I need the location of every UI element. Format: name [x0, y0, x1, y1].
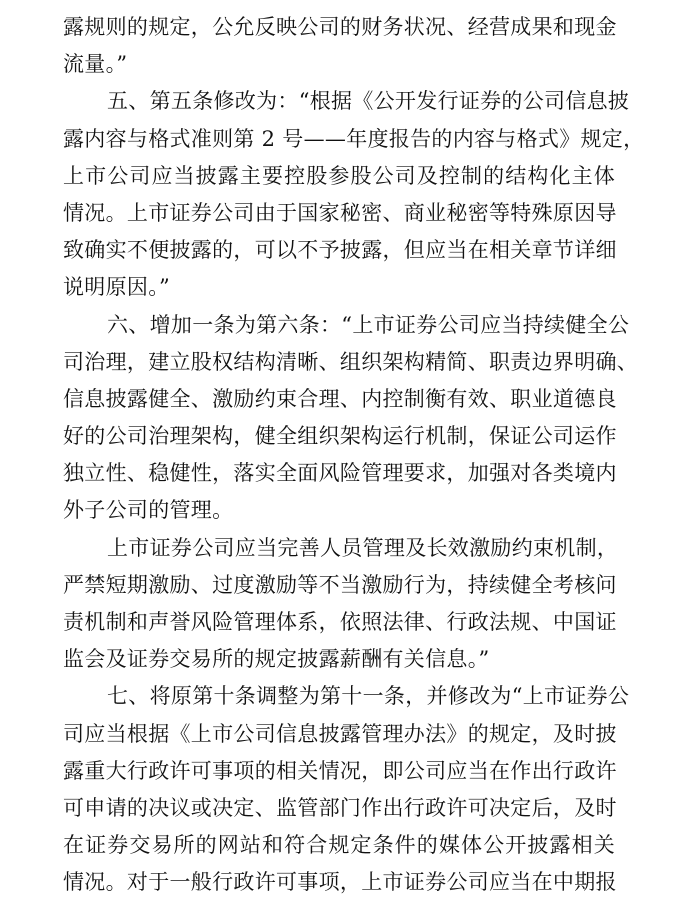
text-line: 上市证券公司应当完善人员管理及长效激励约束机制， — [63, 530, 615, 567]
text-line: 情况。上市证券公司由于国家秘密、商业秘密等特殊原因导 — [63, 195, 615, 232]
text-line: 责机制和声誉风险管理体系，依照法律、行政法规、中国证 — [63, 604, 615, 641]
text-line: 监会及证券交易所的规定披露薪酬有关信息。” — [63, 641, 615, 678]
paragraph-item-5: 五、第五条修改为：“根据《公开发行证券的公司信息披 露内容与格式准则第 2 号—… — [63, 83, 615, 306]
text-line: 信息披露健全、激励约束合理、内控制衡有效、职业道德良 — [63, 381, 615, 418]
paragraph-item-7: 七、将原第十条调整为第十一条，并修改为“上市证券公 司应当根据《上市公司信息披露… — [63, 678, 615, 901]
text-line: 七、将原第十条调整为第十一条，并修改为“上市证券公 — [63, 678, 615, 715]
text-line: 严禁短期激励、过度激励等不当激励行为，持续健全考核问 — [63, 567, 615, 604]
text-line: 五、第五条修改为：“根据《公开发行证券的公司信息披 — [63, 83, 615, 120]
text-line: 司治理，建立股权结构清晰、组织架构精简、职责边界明确、 — [63, 344, 615, 381]
text-line: 致确实不便披露的，可以不予披露，但应当在相关章节详细 — [63, 232, 615, 269]
text-line: 六、增加一条为第六条：“上市证券公司应当持续健全公 — [63, 307, 615, 344]
text-line: 说明原因。” — [63, 269, 615, 306]
text-line: 好的公司治理架构，健全组织架构运行机制，保证公司运作 — [63, 418, 615, 455]
text-line: 露重大行政许可事项的相关情况，即公司应当在作出行政许 — [63, 753, 615, 790]
text-line: 外子公司的管理。 — [63, 492, 615, 529]
text-line: 司应当根据《上市公司信息披露管理办法》的规定，及时披 — [63, 716, 615, 753]
paragraph-item-6-continued: 上市证券公司应当完善人员管理及长效激励约束机制， 严禁短期激励、过度激励等不当激… — [63, 530, 615, 679]
text-line: 独立性、稳健性，落实全面风险管理要求，加强对各类境内 — [63, 455, 615, 492]
text-line: 在证券交易所的网站和符合规定条件的媒体公开披露相关 — [63, 827, 615, 864]
text-line: 露内容与格式准则第 2 号——年度报告的内容与格式》规定， — [63, 121, 615, 158]
text-line: 流量。” — [63, 46, 615, 83]
text-line: 情况。对于一般行政许可事项，上市证券公司应当在中期报 — [63, 864, 615, 901]
paragraph-continuation: 露规则的规定，公允反映公司的财务状况、经营成果和现金 流量。” — [63, 9, 615, 83]
paragraph-item-6: 六、增加一条为第六条：“上市证券公司应当持续健全公 司治理，建立股权结构清晰、组… — [63, 307, 615, 530]
document-page: 露规则的规定，公允反映公司的财务状况、经营成果和现金 流量。” 五、第五条修改为… — [63, 9, 615, 902]
text-line: 露规则的规定，公允反映公司的财务状况、经营成果和现金 — [63, 9, 615, 46]
text-line: 可申请的决议或决定、监管部门作出行政许可决定后，及时 — [63, 790, 615, 827]
text-line: 上市公司应当披露主要控股参股公司及控制的结构化主体 — [63, 158, 615, 195]
